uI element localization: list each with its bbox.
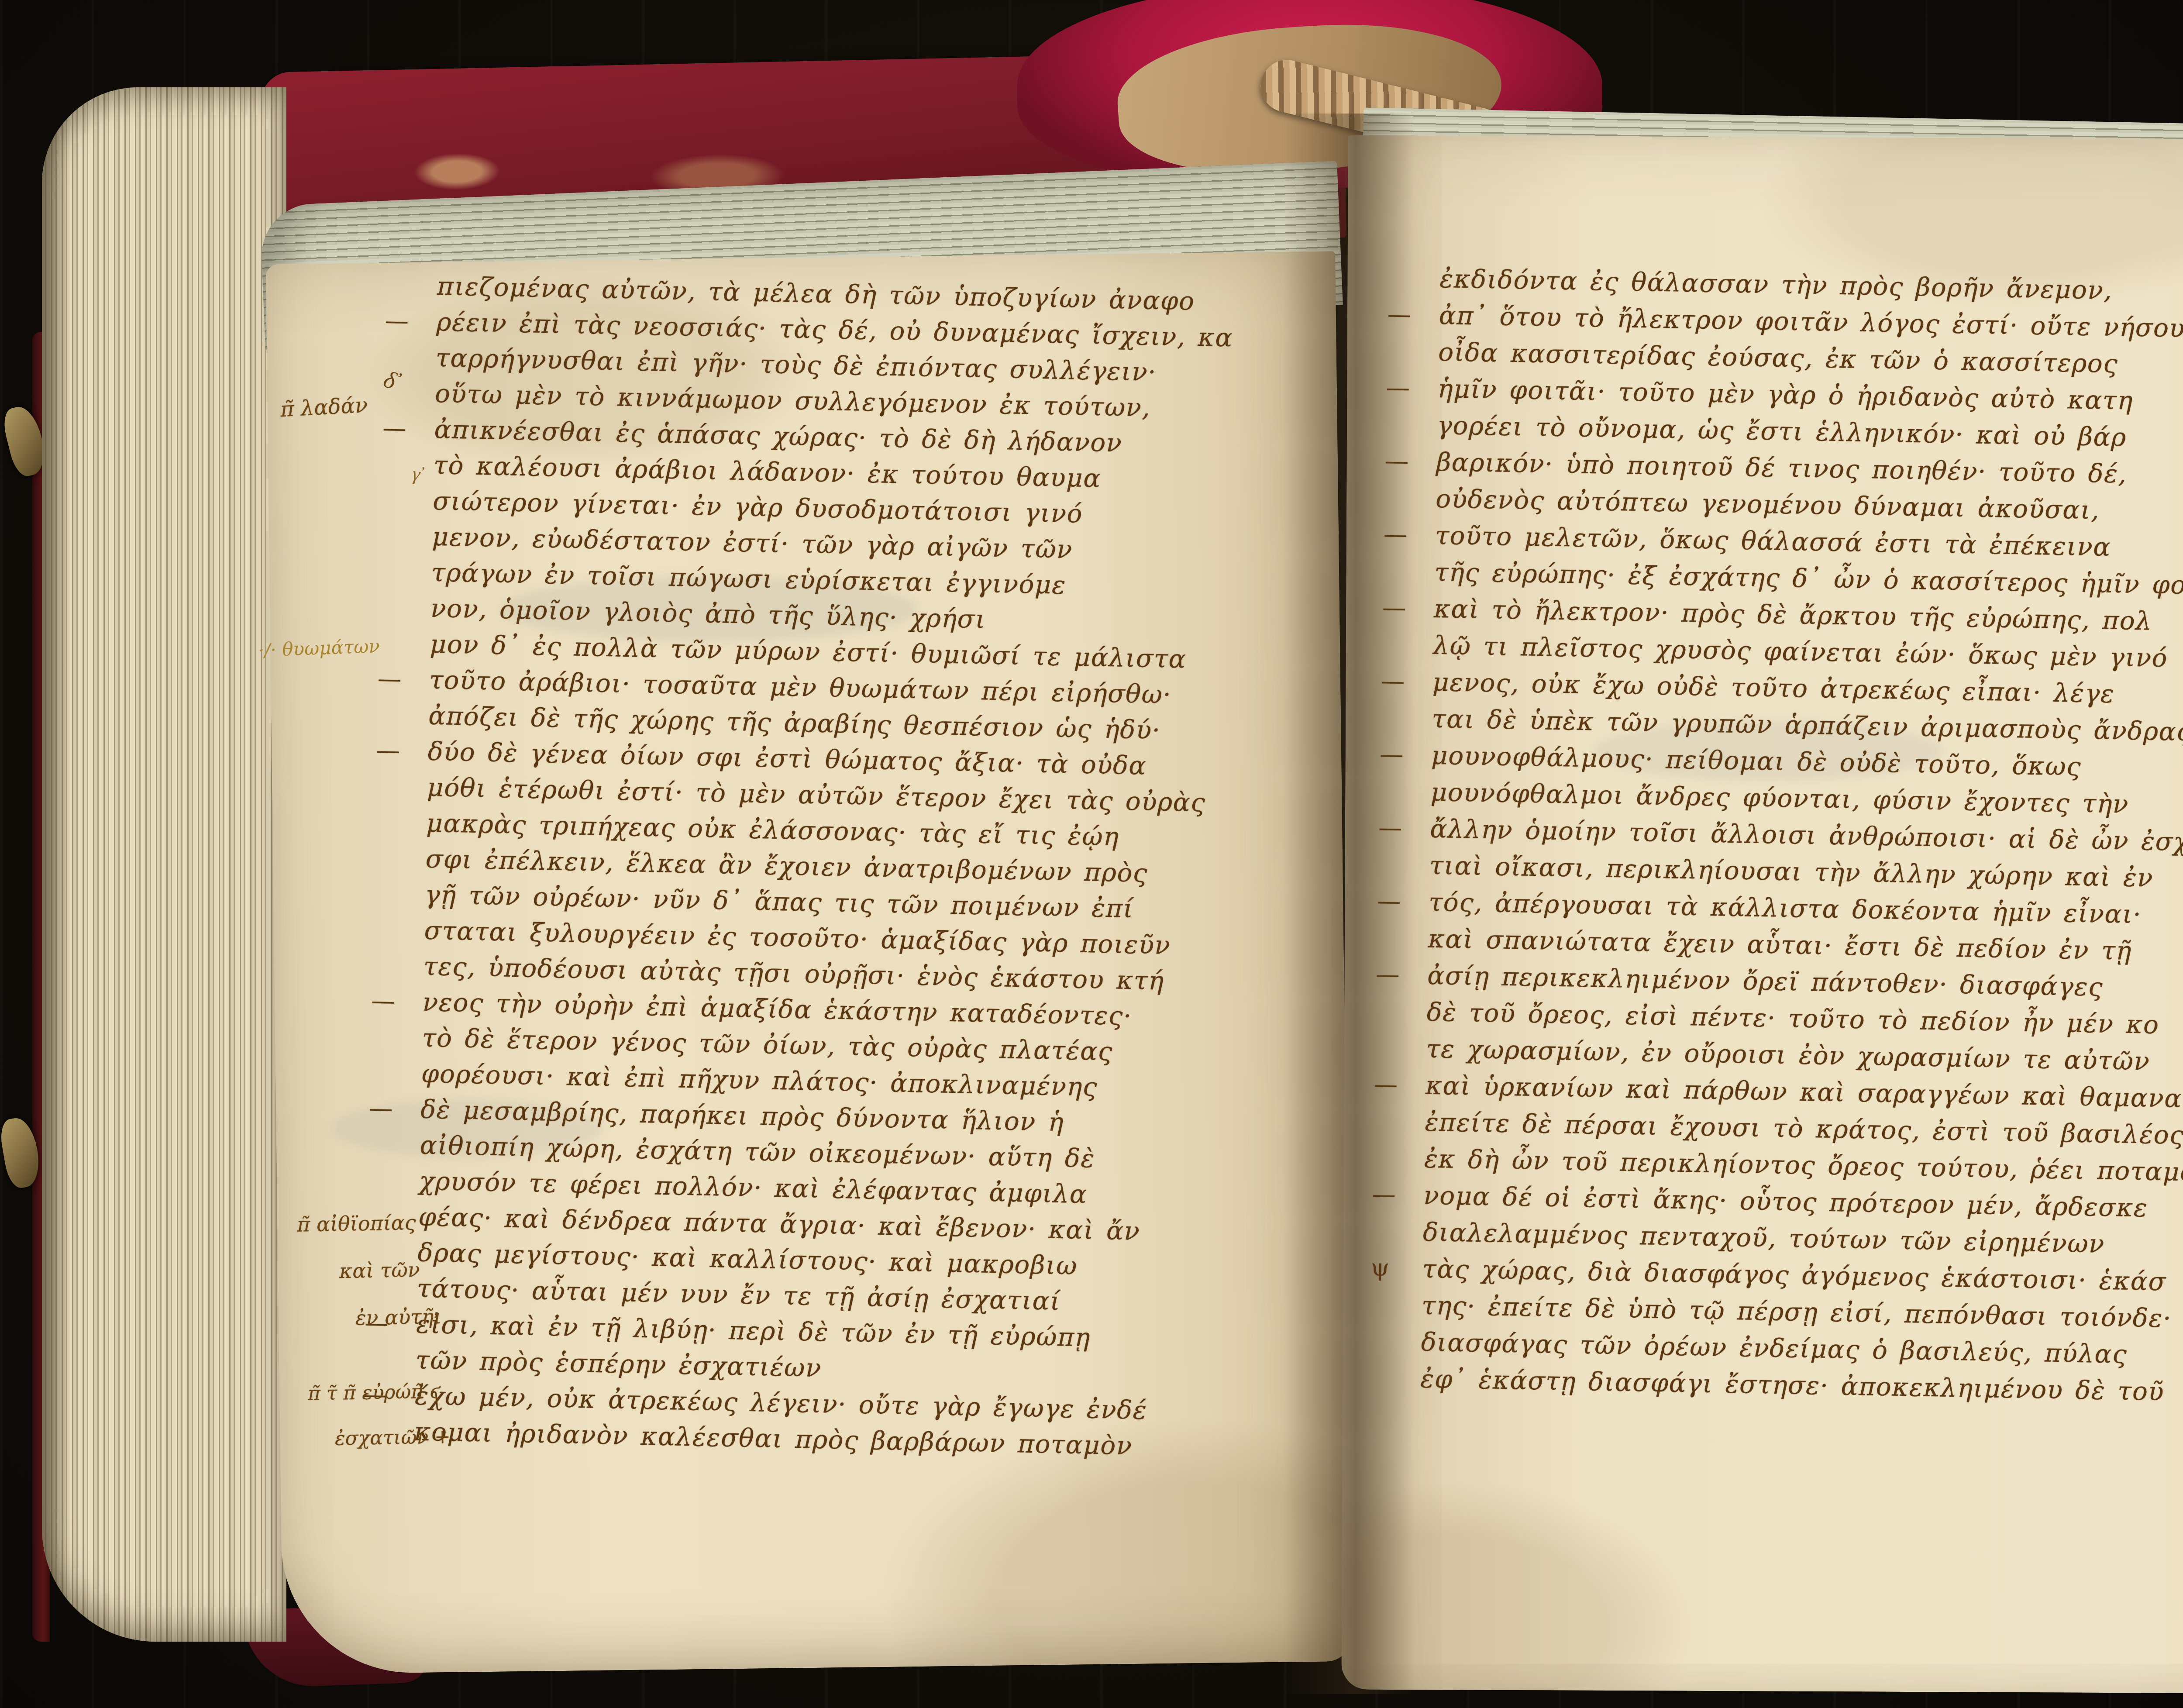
paragraphos-mark: — (1381, 663, 1429, 700)
paragraphos-mark: — (1387, 296, 1436, 334)
paragraphos-mark: — (1374, 1066, 1422, 1104)
paragraphos-mark: — (1377, 883, 1425, 920)
paragraphos-mark: — (385, 303, 434, 340)
paragraphos-mark: — (1376, 956, 1424, 994)
paragraphos-mark: — (1372, 1176, 1420, 1214)
paragraphos-mark: — (1382, 589, 1430, 627)
paragraphos-mark: — (1383, 516, 1432, 554)
margin-note-line: π̃ αἰθϊοπίας (296, 1198, 440, 1248)
margin-note-thyomata: ·/· θυωμάτων (258, 635, 380, 661)
margin-note-europe: π̃ τ̃ π̃ εὐρώπ̃ ϛ ἐσχατιῶν + (307, 1369, 451, 1462)
right-page-text-column: ἐκδιδόντα ἐς θάλασσαν τὴν πρὸς βορῆν ἄνε… (1420, 260, 2183, 1412)
paragraphos-mark: — (369, 1090, 418, 1127)
margin-note-line: ἐσχατιῶν + (334, 1414, 451, 1462)
paragraphos-mark: — (371, 983, 420, 1019)
left-page-text-column: πιεζομένας αὐτῶν, τὰ μέλεα δὴ τῶν ὑποζυγ… (414, 268, 1302, 1467)
paragraphos-mark: — (382, 410, 431, 447)
margin-note-ladanon: π̃ λαδάν (280, 393, 368, 422)
paragraphos-mark: — (1378, 809, 1427, 847)
margin-note-line: π̃ τ̃ π̃ εὐρώπ̃ ϛ (307, 1369, 450, 1417)
manuscript-line-text: τῶν πρὸς ἑσπέρην ἐσχατιέων (415, 1345, 822, 1383)
paragraphos-mark: — (1379, 736, 1428, 774)
paragraphos-mark: — (376, 732, 425, 769)
margin-note-line: καὶ τῶν (339, 1246, 441, 1295)
paragraphos-mark: — (1386, 369, 1434, 407)
margin-note-line: ἐν αὐτῆι (355, 1293, 442, 1341)
paragraphos-mark: ψ (1370, 1250, 1419, 1287)
left-fore-edge-page-stack (42, 87, 286, 1642)
paragraphos-mark: — (377, 661, 426, 697)
margin-note-aithiopia: π̃ αἰθϊοπίας καὶ τῶν ἐν αὐτῆι (296, 1198, 442, 1343)
paragraphos-mark: — (1384, 443, 1433, 480)
